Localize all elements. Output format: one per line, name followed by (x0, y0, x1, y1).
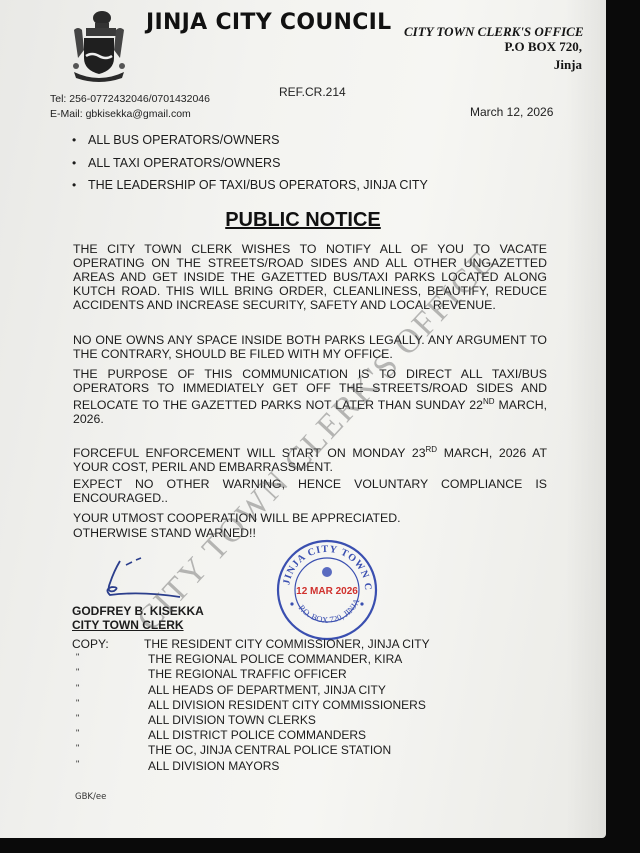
notice-paper: JINJA CITY COUNCIL CITY TOWN CLERK'S OFF… (0, 0, 606, 838)
recipient-item: ALL BUS OPERATORS/OWNERS (72, 133, 428, 156)
copy-item: "THE REGIONAL TRAFFIC OFFICER (72, 667, 430, 682)
paragraph-cooperation: YOUR UTMOST COOPERATION WILL BE APPRECIA… (73, 511, 547, 525)
copy-recipient: ALL DISTRICT POLICE COMMANDERS (148, 728, 366, 743)
recipient-list: ALL BUS OPERATORS/OWNERS ALL TAXI OPERAT… (72, 133, 428, 201)
copy-recipient: ALL DIVISION TOWN CLERKS (148, 713, 316, 728)
ditto-mark: " (72, 728, 148, 743)
notice-title: PUBLIC NOTICE (0, 209, 606, 232)
copy-item: "ALL DIVISION MAYORS (72, 759, 430, 774)
recipient-item: ALL TAXI OPERATORS/OWNERS (72, 156, 428, 179)
signatory-name: GODFREY B. KISEKKA (72, 604, 204, 618)
copy-recipient: THE RESIDENT CITY COMMISSIONER, JINJA CI… (144, 637, 430, 652)
council-name: JINJA CITY COUNCIL (146, 10, 391, 35)
text: THE PURPOSE OF THIS COMMUNICATION IS TO … (73, 367, 547, 412)
signatory-title: CITY TOWN CLERK (72, 618, 204, 632)
email: E-Mail: gbkisekka@gmail.com (50, 107, 210, 122)
stamp-ring-bottom: P.O. BOX 720, JINJA (297, 596, 362, 625)
copy-item: COPY:THE RESIDENT CITY COMMISSIONER, JIN… (72, 637, 430, 652)
letter-date: March 12, 2026 (470, 105, 553, 119)
handwritten-signature-icon (92, 555, 192, 605)
signatory-block: GODFREY B. KISEKKA CITY TOWN CLERK (72, 604, 204, 632)
copy-recipient: ALL DIVISION MAYORS (148, 759, 279, 774)
svg-text:P.O. BOX 720, JINJA: P.O. BOX 720, JINJA (297, 596, 362, 625)
telephone: Tel: 256-0772432046/0701432046 (50, 92, 210, 107)
ordinal-suffix: ND (483, 397, 495, 406)
copy-recipient: THE REGIONAL POLICE COMMANDER, KIRA (148, 652, 402, 667)
paragraph-no-ownership: NO ONE OWNS ANY SPACE INSIDE BOTH PARKS … (73, 333, 547, 361)
text: FORCEFUL ENFORCEMENT WILL START ON MONDA… (73, 446, 426, 460)
ditto-mark: " (72, 759, 148, 774)
ordinal-suffix: RD (426, 445, 438, 454)
recipient-item: THE LEADERSHIP OF TAXI/BUS OPERATORS, JI… (72, 178, 428, 201)
typist-reference: GBK/ee (75, 792, 106, 802)
copy-list: COPY:THE RESIDENT CITY COMMISSIONER, JIN… (72, 637, 430, 774)
city-name: Jinja (504, 56, 582, 74)
paragraph-no-warning: EXPECT NO OTHER WARNING, HENCE VOLUNTARY… (73, 477, 547, 505)
copy-item: "ALL DISTRICT POLICE COMMANDERS (72, 728, 430, 743)
ditto-mark: " (72, 713, 148, 728)
copy-recipient: ALL HEADS OF DEPARTMENT, JINJA CITY (148, 683, 386, 698)
ditto-mark: " (72, 743, 148, 758)
ditto-mark: " (72, 652, 148, 667)
paragraph-relocation-deadline: THE PURPOSE OF THIS COMMUNICATION IS TO … (73, 367, 547, 426)
reference-number: REF.CR.214 (279, 85, 346, 99)
office-stamp: JINJA CITY TOWN CLERK P.O. BOX 720, JINJ… (275, 538, 379, 642)
copy-label: COPY: (72, 637, 144, 652)
po-box: P.O BOX 720, (504, 38, 582, 56)
postal-address: P.O BOX 720, Jinja (504, 38, 582, 74)
ditto-mark: " (72, 667, 148, 682)
paragraph-enforcement: FORCEFUL ENFORCEMENT WILL START ON MONDA… (73, 443, 547, 474)
paragraph-vacate-streets: THE CITY TOWN CLERK WISHES TO NOTIFY ALL… (73, 242, 547, 312)
copy-item: "THE OC, JINJA CENTRAL POLICE STATION (72, 743, 430, 758)
copy-recipient: ALL DIVISION RESIDENT CITY COMMISSIONERS (148, 698, 426, 713)
copy-recipient: THE OC, JINJA CENTRAL POLICE STATION (148, 743, 391, 758)
stamp-date: 12 MAR 2026 (296, 586, 358, 597)
copy-recipient: THE REGIONAL TRAFFIC OFFICER (148, 667, 347, 682)
ditto-mark: " (72, 698, 148, 713)
copy-item: "THE REGIONAL POLICE COMMANDER, KIRA (72, 652, 430, 667)
coat-of-arms-icon (68, 8, 130, 86)
copy-item: "ALL HEADS OF DEPARTMENT, JINJA CITY (72, 683, 430, 698)
copy-item: "ALL DIVISION TOWN CLERKS (72, 713, 430, 728)
copy-item: "ALL DIVISION RESIDENT CITY COMMISSIONER… (72, 698, 430, 713)
ditto-mark: " (72, 683, 148, 698)
contact-block: Tel: 256-0772432046/0701432046 E-Mail: g… (50, 92, 210, 122)
